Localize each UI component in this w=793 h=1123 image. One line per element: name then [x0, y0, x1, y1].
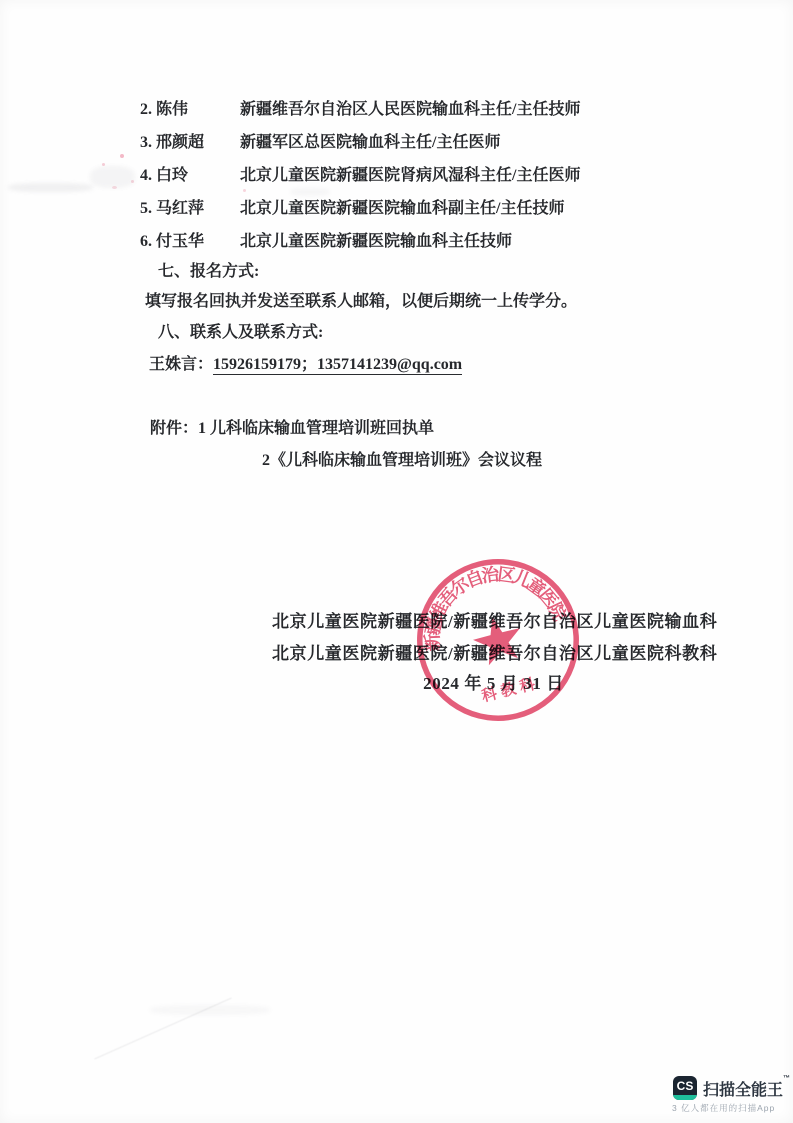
camscanner-icon: CS [673, 1076, 697, 1100]
watermark-app-name-text: 扫描全能王 [703, 1082, 783, 1099]
paper-crease [94, 998, 231, 1060]
scan-ink-speck [112, 186, 117, 189]
roster-name: 6. 付玉华 [140, 228, 204, 251]
signature-org-line-1: 北京儿童医院新疆医院/新疆维吾尔自治区儿童医院输血科 [272, 607, 717, 632]
section-7-body: 填写报名回执并发送至联系人邮箱，以便后期统一上传学分。 [145, 288, 577, 311]
scan-smudge [8, 183, 93, 192]
contact-line: 王姝言：15926159179；1357141239@qq.com [149, 351, 462, 374]
roster-row: 4. 白玲 北京儿童医院新疆医院肾病风湿科主任/主任医师 [0, 162, 793, 184]
roster-role: 北京儿童医院新疆医院输血科副主任/主任技师 [240, 195, 564, 218]
contact-name: 王姝言： [149, 356, 213, 373]
roster-role: 新疆军区总医院输血科主任/主任医师 [240, 129, 500, 152]
roster-name: 3. 邢颜超 [140, 129, 204, 152]
scanned-document-page: 2. 陈伟 新疆维吾尔自治区人民医院输血科主任/主任技师 3. 邢颜超 新疆军区… [0, 0, 793, 1123]
roster-row: 6. 付玉华 北京儿童医院新疆医院输血科主任技师 [0, 228, 793, 250]
scan-smudge [150, 1005, 270, 1015]
contact-phone-email: 15926159179；1357141239@qq.com [213, 356, 462, 375]
attachment-line-1: 附件：1 儿科临床输血管理培训班回执单 [150, 415, 434, 438]
trademark-symbol: ™ [783, 1075, 790, 1082]
section-7-heading: 七、报名方式: [158, 258, 259, 281]
section-8-heading: 八、联系人及联系方式: [158, 319, 323, 342]
roster-role: 新疆维吾尔自治区人民医院输血科主任/主任技师 [240, 96, 580, 119]
scan-ink-speck [243, 189, 246, 192]
watermark-tagline: 3 亿人都在用的扫描App [672, 1102, 787, 1114]
roster-row: 5. 马红萍 北京儿童医院新疆医院输血科副主任/主任技师 [0, 195, 793, 217]
watermark-app-name: 扫描全能王™ [703, 1077, 790, 1100]
roster-row: 3. 邢颜超 新疆军区总医院输血科主任/主任医师 [0, 129, 793, 151]
attachment-line-2: 2《儿科临床输血管理培训班》会议议程 [262, 447, 542, 470]
roster-role: 北京儿童医院新疆医院输血科主任技师 [240, 228, 512, 251]
roster-name: 2. 陈伟 [140, 96, 188, 119]
camscanner-icon-label: CS [673, 1077, 697, 1096]
roster-name: 5. 马红萍 [140, 195, 204, 218]
roster-role: 北京儿童医院新疆医院肾病风湿科主任/主任医师 [240, 162, 580, 185]
signature-date: 2024 年 5 月 31 日 [272, 669, 715, 694]
scan-ink-speck [120, 154, 124, 158]
roster-name: 4. 白玲 [140, 162, 188, 185]
camscanner-icon-bar [673, 1095, 697, 1100]
signature-org-line-2: 北京儿童医院新疆医院/新疆维吾尔自治区儿童医院科教科 [272, 639, 717, 664]
roster-row: 2. 陈伟 新疆维吾尔自治区人民医院输血科主任/主任技师 [0, 96, 793, 118]
